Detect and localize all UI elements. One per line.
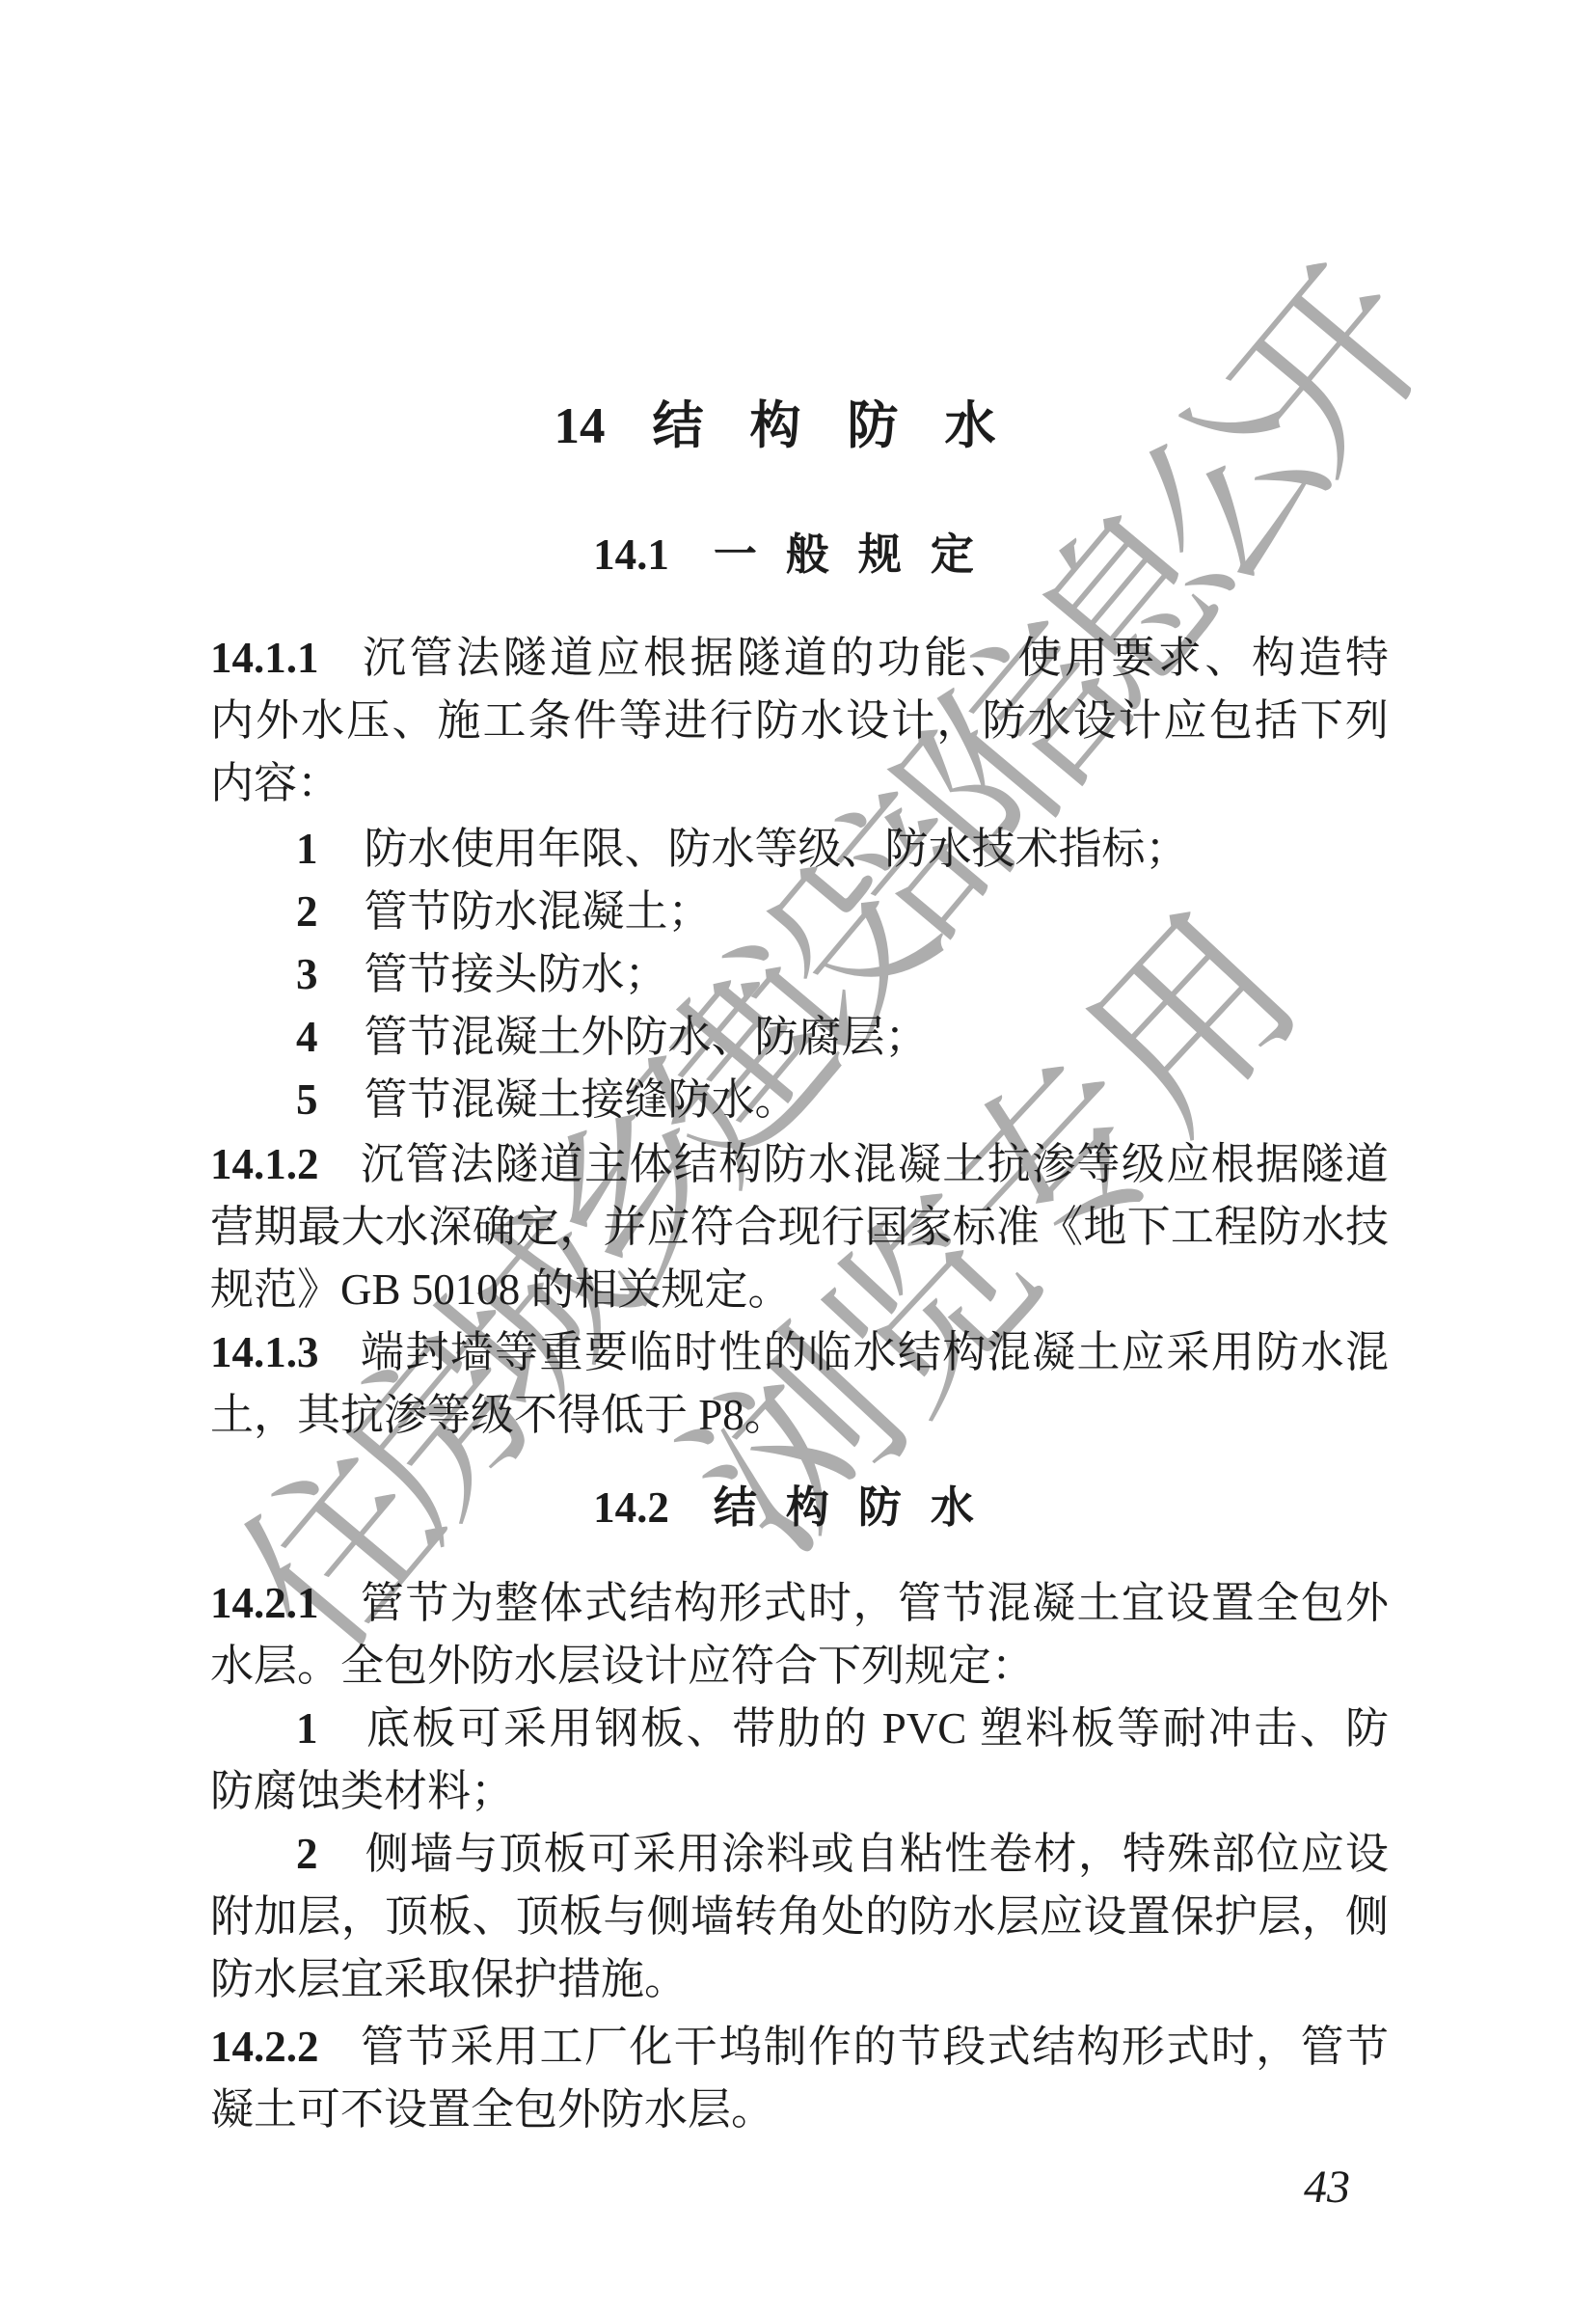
clause-text: 管节为整体式结构形式时，管节混凝土宜设置全包外防 [210, 1579, 1389, 1635]
clause-text: 沉管法隧道应根据隧道的功能、使用要求、构造特点、 [210, 634, 1389, 690]
list-item-line: 2侧墙与顶板可采用涂料或自粘性卷材，特殊部位应设置 [210, 1823, 1389, 1886]
clause-label: 14.1.2 [210, 1140, 319, 1188]
clause-14-1-1: 14.1.1沉管法隧道应根据隧道的功能、使用要求、构造特点、 内外水压、施工条件… [210, 627, 1389, 815]
list-item-number: 4 [296, 1006, 318, 1069]
list-item-text: 防水使用年限、防水等级、防水技术指标； [365, 825, 1189, 873]
section-number: 14.2 [593, 1483, 669, 1532]
list-item-number: 1 [296, 1704, 318, 1753]
page-number: 43 [1304, 2159, 1350, 2216]
list-item-text: 管节防水混凝土； [365, 887, 712, 936]
clause-14-2-2: 14.2.2管节采用工厂化干坞制作的节段式结构形式时，管节混 凝土可不设置全包外… [210, 2016, 1389, 2141]
chapter-number: 14 [555, 398, 606, 454]
list-item-line: 防腐蚀类材料； [210, 1760, 1389, 1823]
clause-label: 14.2.1 [210, 1579, 319, 1627]
list-item-text: 管节接头防水； [365, 950, 668, 998]
list-item-number: 2 [296, 881, 318, 943]
list-item-text: 底板可采用钢板、带肋的 PVC 塑料板等耐冲击、防水、 [296, 1704, 1389, 1760]
list-item: 2管节防水混凝土； [210, 881, 1389, 943]
list-item-text: 侧墙与顶板可采用涂料或自粘性卷材，特殊部位应设置 [296, 1830, 1389, 1886]
clause-label: 14.2.2 [210, 2023, 319, 2071]
section-heading-text: 结构防水 [714, 1483, 1003, 1532]
clause-line: 土，其抗渗等级不得低于 P8。 [210, 1384, 1389, 1447]
section-heading-text: 一般规定 [714, 530, 1003, 579]
clause-14-1-1-list: 1防水使用年限、防水等级、防水技术指标； 2管节防水混凝土； 3管节接头防水； … [210, 818, 1389, 1131]
clause-text: 管节采用工厂化干坞制作的节段式结构形式时，管节混 [210, 2023, 1389, 2079]
section-heading-14-2: 14.2结构防水 [0, 1479, 1596, 1536]
clause-14-2-1-item-2: 2侧墙与顶板可采用涂料或自粘性卷材，特殊部位应设置 附加层，顶板、顶板与侧墙转角… [210, 1823, 1389, 2011]
list-item-number: 1 [296, 818, 318, 881]
page-content: 14结构防水 14.1一般规定 14.1.1沉管法隧道应根据隧道的功能、使用要求… [0, 0, 1596, 2311]
chapter-title-text: 结构防水 [653, 398, 1042, 454]
list-item: 1防水使用年限、防水等级、防水技术指标； [210, 818, 1389, 881]
clause-line: 内容： [210, 752, 1389, 815]
clause-line: 14.2.2管节采用工厂化干坞制作的节段式结构形式时，管节混 [210, 2016, 1389, 2079]
clause-line: 营期最大水深确定，并应符合现行国家标准《地下工程防水技术 [210, 1196, 1389, 1259]
clause-label: 14.1.1 [210, 634, 319, 682]
clause-label: 14.1.3 [210, 1328, 319, 1376]
clause-line: 14.1.3端封墙等重要临时性的临水结构混凝土应采用防水混凝 [210, 1321, 1389, 1384]
clause-14-1-3: 14.1.3端封墙等重要临时性的临水结构混凝土应采用防水混凝 土，其抗渗等级不得… [210, 1321, 1389, 1447]
clause-line: 凝土可不设置全包外防水层。 [210, 2079, 1389, 2141]
list-item-number: 2 [296, 1830, 318, 1878]
clause-14-2-1-item-1: 1底板可采用钢板、带肋的 PVC 塑料板等耐冲击、防水、 防腐蚀类材料； [210, 1698, 1389, 1823]
clause-14-2-1: 14.2.1管节为整体式结构形式时，管节混凝土宜设置全包外防 水层。全包外防水层… [210, 1572, 1389, 1698]
clause-14-1-2: 14.1.2沉管法隧道主体结构防水混凝土抗渗等级应根据隧道运 营期最大水深确定，… [210, 1133, 1389, 1321]
section-heading-14-1: 14.1一般规定 [0, 526, 1596, 584]
chapter-title: 14结构防水 [0, 397, 1596, 455]
list-item: 4管节混凝土外防水、防腐层； [210, 1006, 1389, 1069]
list-item: 3管节接头防水； [210, 943, 1389, 1006]
list-item-text: 管节混凝土接缝防水。 [365, 1075, 798, 1124]
list-item-text: 管节混凝土外防水、防腐层； [365, 1013, 929, 1061]
clause-text: 端封墙等重要临时性的临水结构混凝土应采用防水混凝 [210, 1328, 1389, 1384]
clause-line: 14.1.1沉管法隧道应根据隧道的功能、使用要求、构造特点、 [210, 627, 1389, 690]
section-number: 14.1 [593, 530, 669, 579]
list-item-line: 附加层，顶板、顶板与侧墙转角处的防水层应设置保护层，侧墙 [210, 1886, 1389, 1948]
list-item-line: 1底板可采用钢板、带肋的 PVC 塑料板等耐冲击、防水、 [210, 1698, 1389, 1760]
clause-line: 14.1.2沉管法隧道主体结构防水混凝土抗渗等级应根据隧道运 [210, 1133, 1389, 1196]
clause-line: 水层。全包外防水层设计应符合下列规定： [210, 1635, 1389, 1698]
clause-text: 沉管法隧道主体结构防水混凝土抗渗等级应根据隧道运 [210, 1140, 1389, 1196]
list-item-number: 3 [296, 943, 318, 1006]
list-item-line: 防水层宜采取保护措施。 [210, 1948, 1389, 2011]
list-item-number: 5 [296, 1069, 318, 1131]
clause-line: 14.2.1管节为整体式结构形式时，管节混凝土宜设置全包外防 [210, 1572, 1389, 1635]
standard-document-page: 住房城乡建设部信息公开 浏览专用 14结构防水 14.1一般规定 14.1.1沉… [0, 0, 1596, 2311]
clause-line: 规范》GB 50108 的相关规定。 [210, 1259, 1389, 1321]
clause-line: 内外水压、施工条件等进行防水设计，防水设计应包括下列 [210, 690, 1389, 752]
list-item: 5管节混凝土接缝防水。 [210, 1069, 1389, 1131]
